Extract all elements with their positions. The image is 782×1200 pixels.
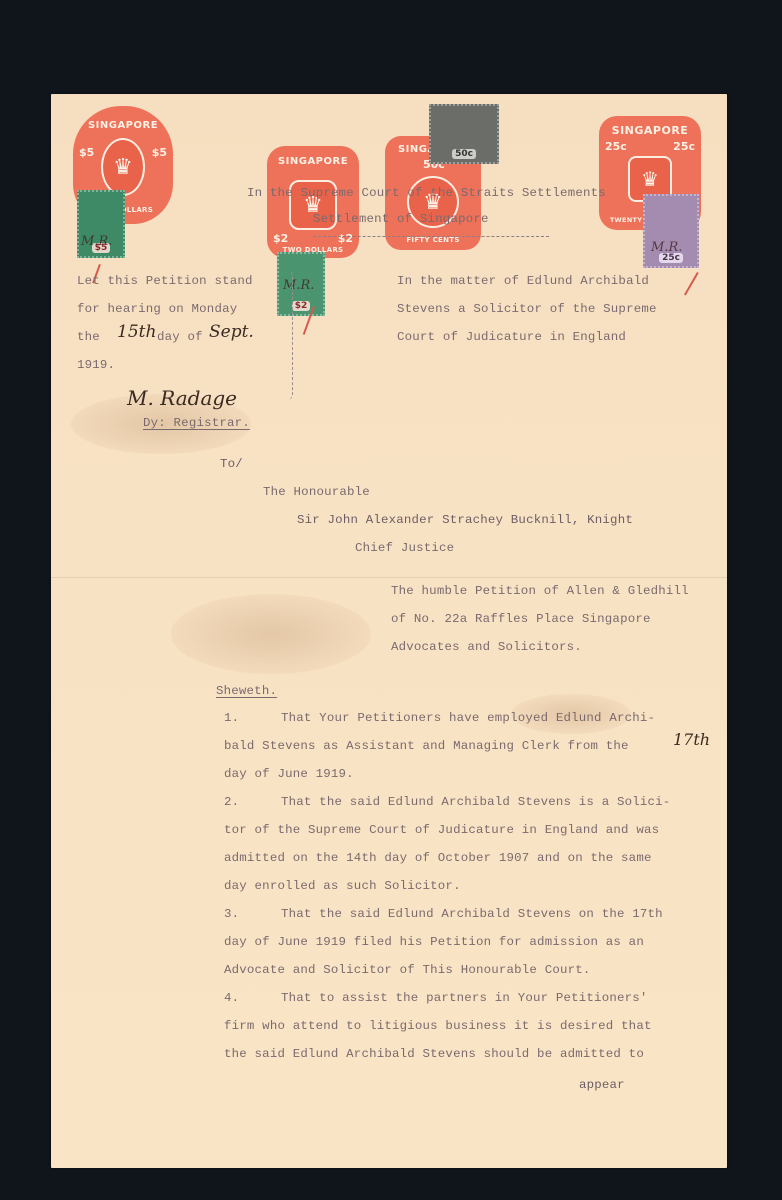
paragraph-number: 1. bbox=[224, 711, 239, 725]
paragraph-line: That the said Edlund Archibald Stevens i… bbox=[281, 795, 670, 809]
endorsement-line: day of bbox=[157, 330, 203, 344]
red-pencil-mark bbox=[684, 272, 698, 295]
paragraph-line: day of June 1919. bbox=[224, 767, 354, 781]
stamp-value: 25c bbox=[673, 140, 695, 153]
paragraph-line: That to assist the partners in Your Peti… bbox=[281, 991, 648, 1005]
paragraph-number: 2. bbox=[224, 795, 239, 809]
registrar-signature: M. Radage bbox=[127, 386, 237, 410]
paragraph-line: That Your Petitioners have employed Edlu… bbox=[281, 711, 655, 725]
handwritten-month: Sept. bbox=[209, 322, 254, 342]
addressee-line: The Honourable bbox=[263, 485, 370, 499]
endorsement-line: the bbox=[77, 330, 100, 344]
paragraph-line: tor of the Supreme Court of Judicature i… bbox=[224, 823, 659, 837]
paragraph-number: 4. bbox=[224, 991, 239, 1005]
stamp-value: 25c bbox=[605, 140, 627, 153]
petitioner-line: The humble Petition of Allen & Gledhill bbox=[391, 584, 689, 598]
paragraph-line: admitted on the 14th day of October 1907… bbox=[224, 851, 652, 865]
paragraph-number: 3. bbox=[224, 907, 239, 921]
paragraph-line: firm who attend to litigious business it… bbox=[224, 1019, 652, 1033]
addressee-title: Chief Justice bbox=[355, 541, 454, 555]
heading-rule bbox=[313, 236, 549, 237]
paragraph-line: That the said Edlund Archibald Stevens o… bbox=[281, 907, 663, 921]
stain bbox=[171, 594, 371, 674]
bracket bbox=[287, 270, 293, 400]
stamp-country: SINGAPORE bbox=[267, 156, 359, 167]
petitioner-line: of No. 22a Raffles Place Singapore bbox=[391, 612, 651, 626]
stamp-value: $5 bbox=[152, 146, 167, 159]
endorsement-line: for hearing on Monday bbox=[77, 302, 237, 316]
paragraph-line: the said Edlund Archibald Stevens should… bbox=[224, 1047, 644, 1061]
adhesive-stamp-25-cents: 25c bbox=[643, 194, 699, 268]
stamp-value: $2 bbox=[292, 301, 311, 311]
matter-line: Court of Judicature in England bbox=[397, 330, 626, 344]
document-page: SINGAPORE $5 $5 ♛ FIVE DOLLARS SINGAPORE… bbox=[51, 94, 727, 1168]
catchword: appear bbox=[579, 1078, 625, 1092]
stamp-2-dollars: SINGAPORE ♛ $2 $2 TWO DOLLARS bbox=[267, 146, 359, 258]
stamp-value: $5 bbox=[79, 146, 94, 159]
matter-line: In the matter of Edlund Archibald bbox=[397, 274, 649, 288]
stamp-value: $2 bbox=[273, 232, 288, 245]
fold-line bbox=[51, 577, 727, 578]
stamp-cancellation: M.R. bbox=[651, 240, 682, 255]
addressee-to: To/ bbox=[220, 457, 243, 471]
matter-line: Stevens a Solicitor of the Supreme bbox=[397, 302, 657, 316]
handwritten-date: 17th bbox=[673, 730, 710, 749]
stamp-denomination: FIFTY CENTS bbox=[385, 236, 481, 244]
stamp-value: $2 bbox=[338, 232, 353, 245]
handwritten-day: 15th bbox=[117, 322, 156, 342]
endorsement-year: 1919. bbox=[77, 358, 115, 372]
stamp-country: SINGAPORE bbox=[599, 124, 701, 137]
stamp-cancellation: M.R. bbox=[81, 234, 112, 249]
registrar-title: Dy: Registrar. bbox=[143, 416, 250, 430]
addressee-name: Sir John Alexander Strachey Bucknill, Kn… bbox=[297, 513, 633, 527]
paragraph-line: day enrolled as such Solicitor. bbox=[224, 879, 461, 893]
endorsement-line: Let this Petition stand bbox=[77, 274, 253, 288]
paragraph-line: day of June 1919 filed his Petition for … bbox=[224, 935, 644, 949]
court-heading: In the Supreme Court of the Straits Sett… bbox=[247, 186, 606, 200]
petitioner-line: Advocates and Solicitors. bbox=[391, 640, 582, 654]
court-subheading: Settlement of Singapore bbox=[313, 212, 489, 226]
adhesive-stamp-50-cents: 50c bbox=[429, 104, 499, 164]
paragraph-line: bald Stevens as Assistant and Managing C… bbox=[224, 739, 629, 753]
sheweth-heading: Sheweth. bbox=[216, 684, 277, 698]
paragraph-line: Advocate and Solicitor of This Honourabl… bbox=[224, 963, 591, 977]
stamp-value: 50c bbox=[452, 149, 476, 159]
stamp-country: SINGAPORE bbox=[73, 120, 173, 131]
crown-icon: ♛ bbox=[101, 138, 145, 196]
